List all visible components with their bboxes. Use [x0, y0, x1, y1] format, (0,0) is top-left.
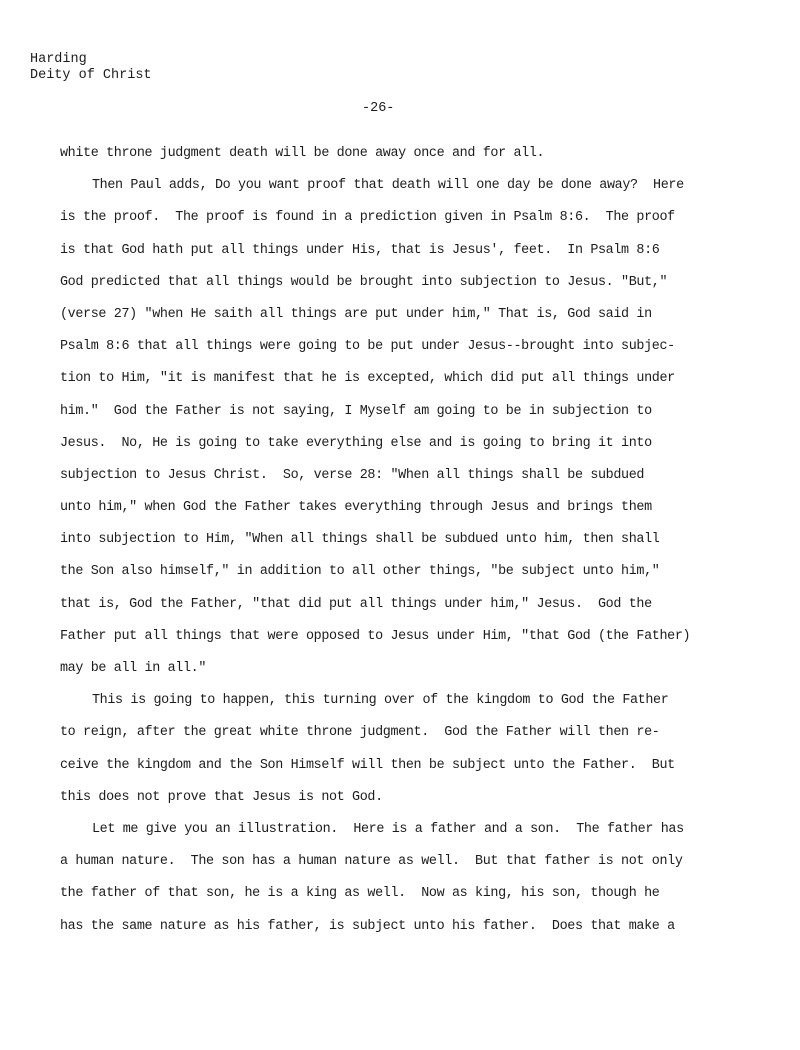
- text-line: tion to Him, "it is manifest that he is …: [60, 369, 760, 401]
- text-line: Psalm 8:6 that all things were going to …: [60, 337, 760, 369]
- document-title: Deity of Christ: [30, 68, 152, 84]
- text-line: (verse 27) "when He saith all things are…: [60, 305, 760, 337]
- text-line: the father of that son, he is a king as …: [60, 884, 760, 916]
- text-line: has the same nature as his father, is su…: [60, 917, 760, 949]
- text-line: may be all in all.": [60, 659, 760, 691]
- text-line: ceive the kingdom and the Son Himself wi…: [60, 756, 760, 788]
- body-text: white throne judgment death will be done…: [60, 144, 760, 949]
- page-number: -26-: [362, 101, 394, 116]
- text-line: subjection to Jesus Christ. So, verse 28…: [60, 466, 760, 498]
- text-line: unto him," when God the Father takes eve…: [60, 498, 760, 530]
- text-line: the Son also himself," in addition to al…: [60, 562, 760, 594]
- document-header: Harding Deity of Christ: [30, 52, 152, 84]
- text-line: God predicted that all things would be b…: [60, 273, 760, 305]
- text-line: white throne judgment death will be done…: [60, 144, 760, 176]
- document-page: Harding Deity of Christ -26- white thron…: [0, 0, 800, 1050]
- author-name: Harding: [30, 52, 152, 68]
- text-line: this does not prove that Jesus is not Go…: [60, 788, 760, 820]
- text-line: Jesus. No, He is going to take everythin…: [60, 434, 760, 466]
- text-line: is the proof. The proof is found in a pr…: [60, 208, 760, 240]
- text-line: him." God the Father is not saying, I My…: [60, 402, 760, 434]
- text-line: that is, God the Father, "that did put a…: [60, 595, 760, 627]
- text-line: into subjection to Him, "When all things…: [60, 530, 760, 562]
- text-line: is that God hath put all things under Hi…: [60, 241, 760, 273]
- text-line: Father put all things that were opposed …: [60, 627, 760, 659]
- text-line: Let me give you an illustration. Here is…: [60, 820, 760, 852]
- text-line: to reign, after the great white throne j…: [60, 723, 760, 755]
- text-line: This is going to happen, this turning ov…: [60, 691, 760, 723]
- text-line: Then Paul adds, Do you want proof that d…: [60, 176, 760, 208]
- text-line: a human nature. The son has a human natu…: [60, 852, 760, 884]
